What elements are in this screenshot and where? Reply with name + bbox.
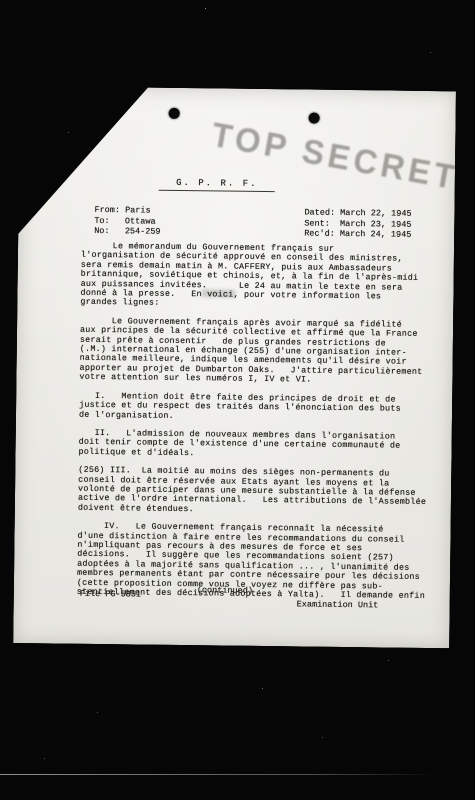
punch-hole-right (309, 113, 320, 124)
body-paragraph-point-2: II. L'admission de nouveaux membres dans… (78, 429, 444, 462)
body-paragraph-point-3: (256) III. La moitié au moins des sièges… (78, 466, 445, 517)
continued-note: (continued) (197, 585, 253, 596)
scan-noise (0, 0, 1, 1)
document-footer: (continued) File PG-5851 Examination Uni… (13, 581, 449, 626)
examination-unit-label: Examination Unit (297, 599, 379, 610)
body-paragraph-intro: Le mémorandum du Gouvernement français s… (80, 242, 447, 312)
file-number: File PG-5851 (80, 589, 141, 600)
punch-hole-left (169, 108, 180, 119)
document-page: TOP SECRET G. P. R. F. From: Paris To: O… (13, 86, 456, 648)
body-paragraph-summary: Le Gouvernement français après avoir mar… (79, 317, 446, 387)
routing-from-block: From: Paris To: Ottawa No: 254-259 (94, 205, 161, 237)
body-paragraph-point-1: I. Mention doit être faite des principes… (79, 391, 445, 424)
document-heading: G. P. R. F. (159, 178, 275, 192)
routing-dates-block: Dated: March 22, 1945 Sent: March 23, 19… (304, 207, 412, 240)
document-body: Le mémorandum du Gouvernement français s… (77, 242, 447, 611)
scan-background: TOP SECRET G. P. R. F. From: Paris To: O… (0, 0, 475, 800)
scan-artifact-line (0, 774, 438, 775)
